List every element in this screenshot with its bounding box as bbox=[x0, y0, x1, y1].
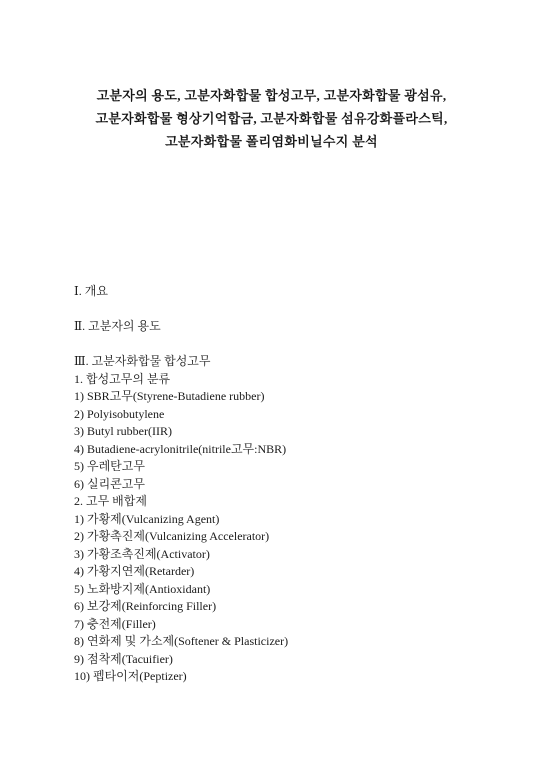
title-line-3: 고분자화합물 폴리염화비닐수지 분석 bbox=[0, 130, 543, 153]
document-line: Ⅲ. 고분자화합물 합성고무 bbox=[74, 353, 527, 371]
document-line: 10) 펩타이저(Peptizer) bbox=[74, 668, 527, 686]
document-line: Ⅱ. 고분자의 용도 bbox=[74, 318, 527, 336]
document-body: Ⅰ. 개요Ⅱ. 고분자의 용도Ⅲ. 고분자화합물 합성고무1. 합성고무의 분류… bbox=[74, 283, 527, 686]
document-line: 4) 가황지연제(Retarder) bbox=[74, 563, 527, 581]
document-line: 6) 보강제(Reinforcing Filler) bbox=[74, 598, 527, 616]
document-line: 2) 가황촉진제(Vulcanizing Accelerator) bbox=[74, 528, 527, 546]
document-line: 5) 노화방지제(Antioxidant) bbox=[74, 581, 527, 599]
document-line: 2) Polyisobutylene bbox=[74, 406, 527, 424]
document-line: 7) 충전제(Filler) bbox=[74, 616, 527, 634]
blank-line bbox=[74, 336, 527, 354]
document-line: 2. 고무 배합제 bbox=[74, 493, 527, 511]
document-line: 1. 합성고무의 분류 bbox=[74, 371, 527, 389]
document-line: 3) 가황조촉진제(Activator) bbox=[74, 546, 527, 564]
document-page: 고분자의 용도, 고분자화합물 합성고무, 고분자화합물 광섬유, 고분자화합물… bbox=[0, 0, 543, 768]
document-line: 9) 점착제(Tacuifier) bbox=[74, 651, 527, 669]
title-line-2: 고분자화합물 형상기억합금, 고분자화합물 섬유강화플라스틱, bbox=[0, 107, 543, 130]
blank-line bbox=[74, 301, 527, 319]
document-line: 4) Butadiene-acrylonitrile(nitrile고무:NBR… bbox=[74, 441, 527, 459]
document-line: 1) SBR고무(Styrene-Butadiene rubber) bbox=[74, 388, 527, 406]
document-title: 고분자의 용도, 고분자화합물 합성고무, 고분자화합물 광섬유, 고분자화합물… bbox=[0, 84, 543, 153]
document-line: 1) 가황제(Vulcanizing Agent) bbox=[74, 511, 527, 529]
document-line: 6) 실리콘고무 bbox=[74, 476, 527, 494]
document-line: 3) Butyl rubber(IIR) bbox=[74, 423, 527, 441]
document-line: 8) 연화제 및 가소제(Softener & Plasticizer) bbox=[74, 633, 527, 651]
document-line: Ⅰ. 개요 bbox=[74, 283, 527, 301]
document-line: 5) 우레탄고무 bbox=[74, 458, 527, 476]
title-line-1: 고분자의 용도, 고분자화합물 합성고무, 고분자화합물 광섬유, bbox=[0, 84, 543, 107]
